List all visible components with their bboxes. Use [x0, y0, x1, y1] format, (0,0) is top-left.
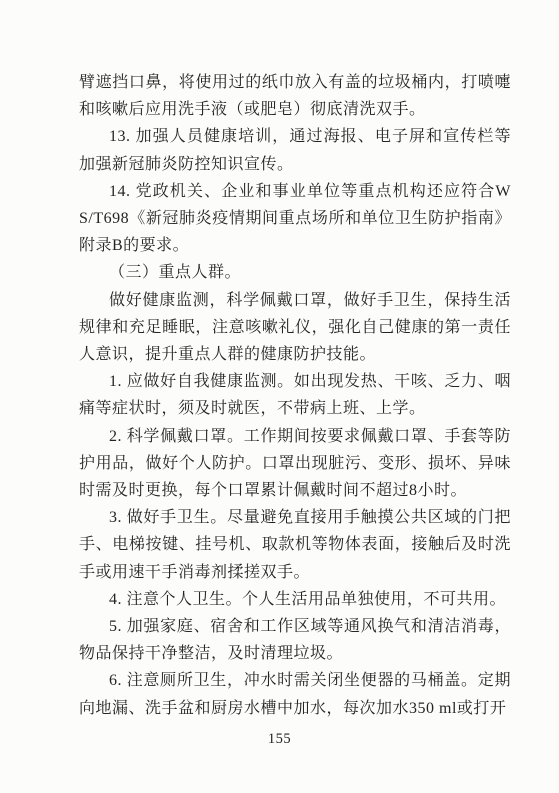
paragraph: （三）重点人群。 — [79, 259, 511, 286]
paragraph: 14. 党政机关、企业和事业单位等重点机构还应符合WS/T698《新冠肺炎疫情期… — [79, 178, 511, 260]
paragraph: 做好健康监测，科学佩戴口罩，做好手卫生，保持生活规律和充足睡眠，注意咳嗽礼仪，强… — [79, 287, 511, 369]
paragraph: 13. 加强人员健康培训，通过海报、电子屏和宣传栏等加强新冠肺炎防控知识宣传。 — [79, 123, 511, 177]
page-number: 155 — [0, 731, 559, 748]
paragraph: 4. 注意个人卫生。个人生活用品单独使用，不可共用。 — [79, 586, 511, 613]
paragraph: 2. 科学佩戴口罩。工作期间按要求佩戴口罩、手套等防护用品，做好个人防护。口罩出… — [79, 423, 511, 505]
document-body: 臂遮挡口鼻，将使用过的纸巾放入有盖的垃圾桶内，打喷嚏和咳嗽后应用洗手液（或肥皂）… — [79, 69, 511, 722]
document-page: 臂遮挡口鼻，将使用过的纸巾放入有盖的垃圾桶内，打喷嚏和咳嗽后应用洗手液（或肥皂）… — [0, 0, 559, 793]
paragraph: 5. 加强家庭、宿舍和工作区域等通风换气和清洁消毒，物品保持干净整洁，及时清理垃… — [79, 613, 511, 667]
paragraph: 1. 应做好自我健康监测。如出现发热、干咳、乏力、咽痛等症状时，须及时就医，不带… — [79, 368, 511, 422]
paragraph: 6. 注意厕所卫生，冲水时需关闭坐便器的马桶盖。定期向地漏、洗手盆和厨房水槽中加… — [79, 667, 511, 721]
paragraph: 臂遮挡口鼻，将使用过的纸巾放入有盖的垃圾桶内，打喷嚏和咳嗽后应用洗手液（或肥皂）… — [79, 69, 511, 123]
paragraph: 3. 做好手卫生。尽量避免直接用手触摸公共区域的门把手、电梯按键、挂号机、取款机… — [79, 504, 511, 586]
